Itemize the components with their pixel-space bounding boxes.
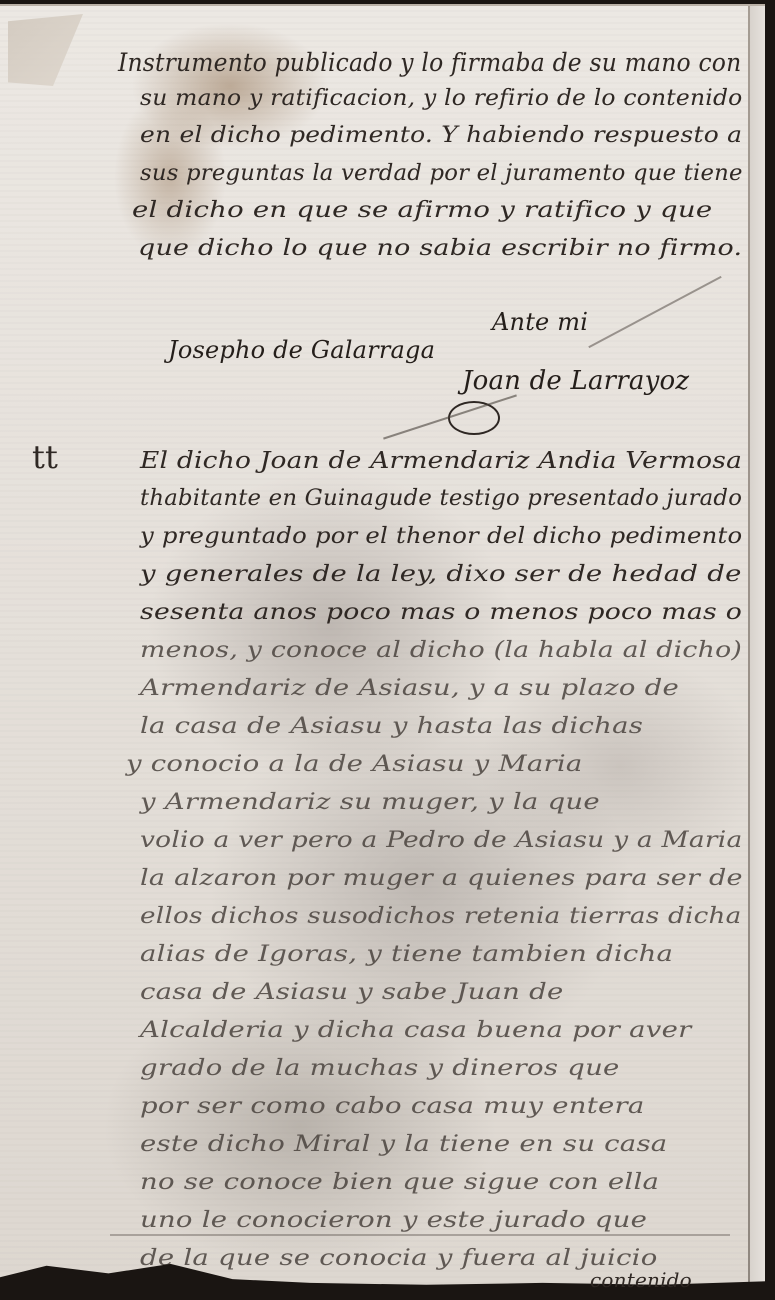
text-line: Instrumento publicado y lo firmaba de su… [118,48,741,77]
manuscript-page: Instrumento publicado y lo firmaba de su… [0,4,765,1290]
catchword: contenido [590,1268,692,1292]
text-line: menos, y conoce al dicho (la habla al di… [140,638,742,663]
text-line: alias de Igoras, y tiene tambien dicha [140,942,673,967]
text-line: su mano y ratificacion, y lo refirio de … [140,86,742,111]
folded-corner [8,14,83,86]
text-line: y Armendariz su muger, y la que [140,790,600,815]
text-line: thabitante en Guinagude testigo presenta… [140,486,742,511]
text-line: sesenta anos poco mas o menos poco mas o [140,600,742,625]
closing-rule [110,1234,730,1236]
text-line: la alzaron por muger a quienes para ser … [140,866,743,891]
text-line: y conocio a la de Asiasu y Maria [126,752,583,777]
text-line: que dicho lo que no sabia escribir no fi… [138,236,742,261]
text-line: uno le conocieron y este jurado que [140,1208,647,1233]
signature-ante-mi: Ante mi [492,308,588,336]
signature-left: Josepho de Galarraga [168,336,435,364]
text-line: ellos dichos susodichos retenia tierras … [140,904,742,929]
text-line: este dicho Miral y la tiene en su casa [140,1132,667,1157]
text-line: y preguntado por el thenor del dicho ped… [140,524,742,549]
signature-stroke [588,276,721,348]
signature-notary: Joan de Larrayoz [462,366,689,396]
text-line: volio a ver pero a Pedro de Asiasu y a M… [140,828,742,853]
text-line: la casa de Asiasu y hasta las dichas [140,714,643,739]
margin-mark: tt [32,438,58,476]
text-line: en el dicho pedimento. Y habiendo respue… [140,123,742,148]
text-line: el dicho en que se afirmo y ratifico y q… [132,198,712,223]
text-line: El dicho Joan de Armendariz Andia Vermos… [140,448,742,474]
page-edge-strip [750,6,765,1290]
text-line: Armendariz de Asiasu, y a su plazo de [140,676,679,701]
text-line: casa de Asiasu y sabe Juan de [140,980,564,1005]
text-line: por ser como cabo casa muy entera [140,1094,645,1119]
text-line: no se conoce bien que sigue con ella [140,1170,659,1195]
text-line: y generales de la ley, dixo ser de hedad… [140,562,742,587]
text-line: sus preguntas la verdad por el juramento… [140,161,743,186]
text-line: de la que se conocia y fuera al juicio [140,1246,658,1271]
text-line: Alcalderia y dicha casa buena por aver [140,1018,692,1043]
text-line: grado de la muchas y dineros que [140,1056,620,1081]
signature-flourish [448,401,500,435]
